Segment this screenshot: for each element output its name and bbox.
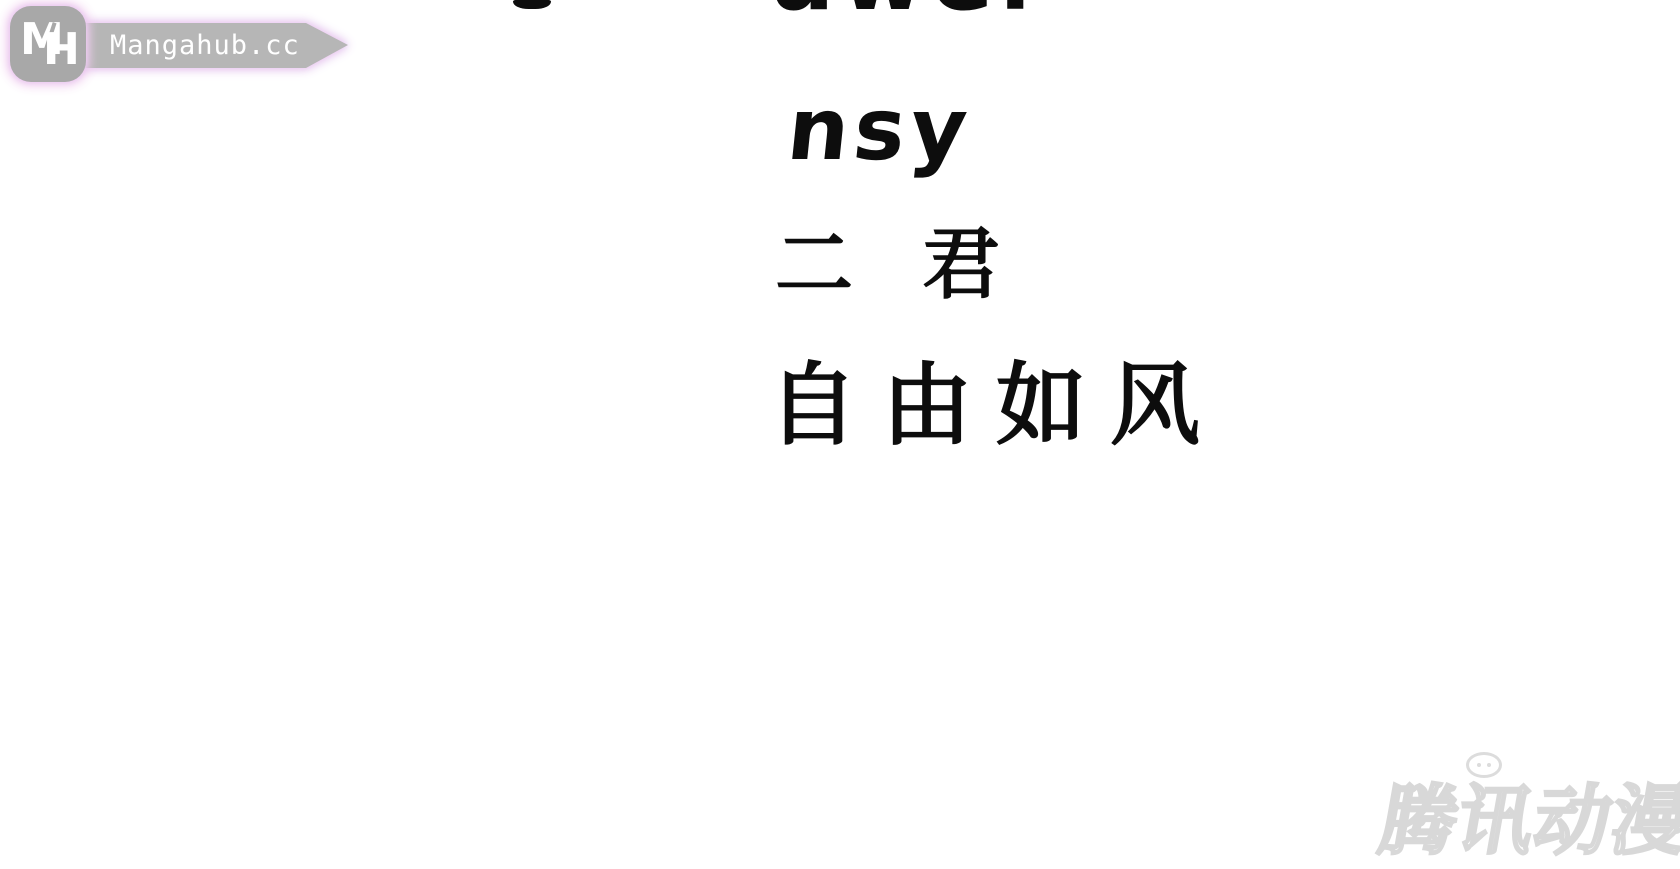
cutoff-top-credit-text: awei bbox=[772, 0, 1032, 17]
cutoff-top-credit-line: awei bbox=[772, 0, 1032, 17]
tencent-comics-watermark: 腾讯动漫 bbox=[1372, 760, 1680, 869]
credit-line-ziyoururufeng: 自由如风 bbox=[768, 332, 1224, 462]
credit-line-erjun: 二 君 bbox=[775, 202, 1008, 314]
credits-block: awei nsy 二 君 自由如风 bbox=[0, 0, 1680, 500]
manga-page-image[interactable]: Mangahub.cc M H awei nsy 二 君 自由如风 腾讯动漫 bbox=[0, 0, 1680, 869]
penguin-face-icon bbox=[1466, 752, 1502, 778]
cutoff-glyph-fragment bbox=[513, 0, 551, 9]
credit-line-nsy: nsy bbox=[783, 80, 977, 180]
